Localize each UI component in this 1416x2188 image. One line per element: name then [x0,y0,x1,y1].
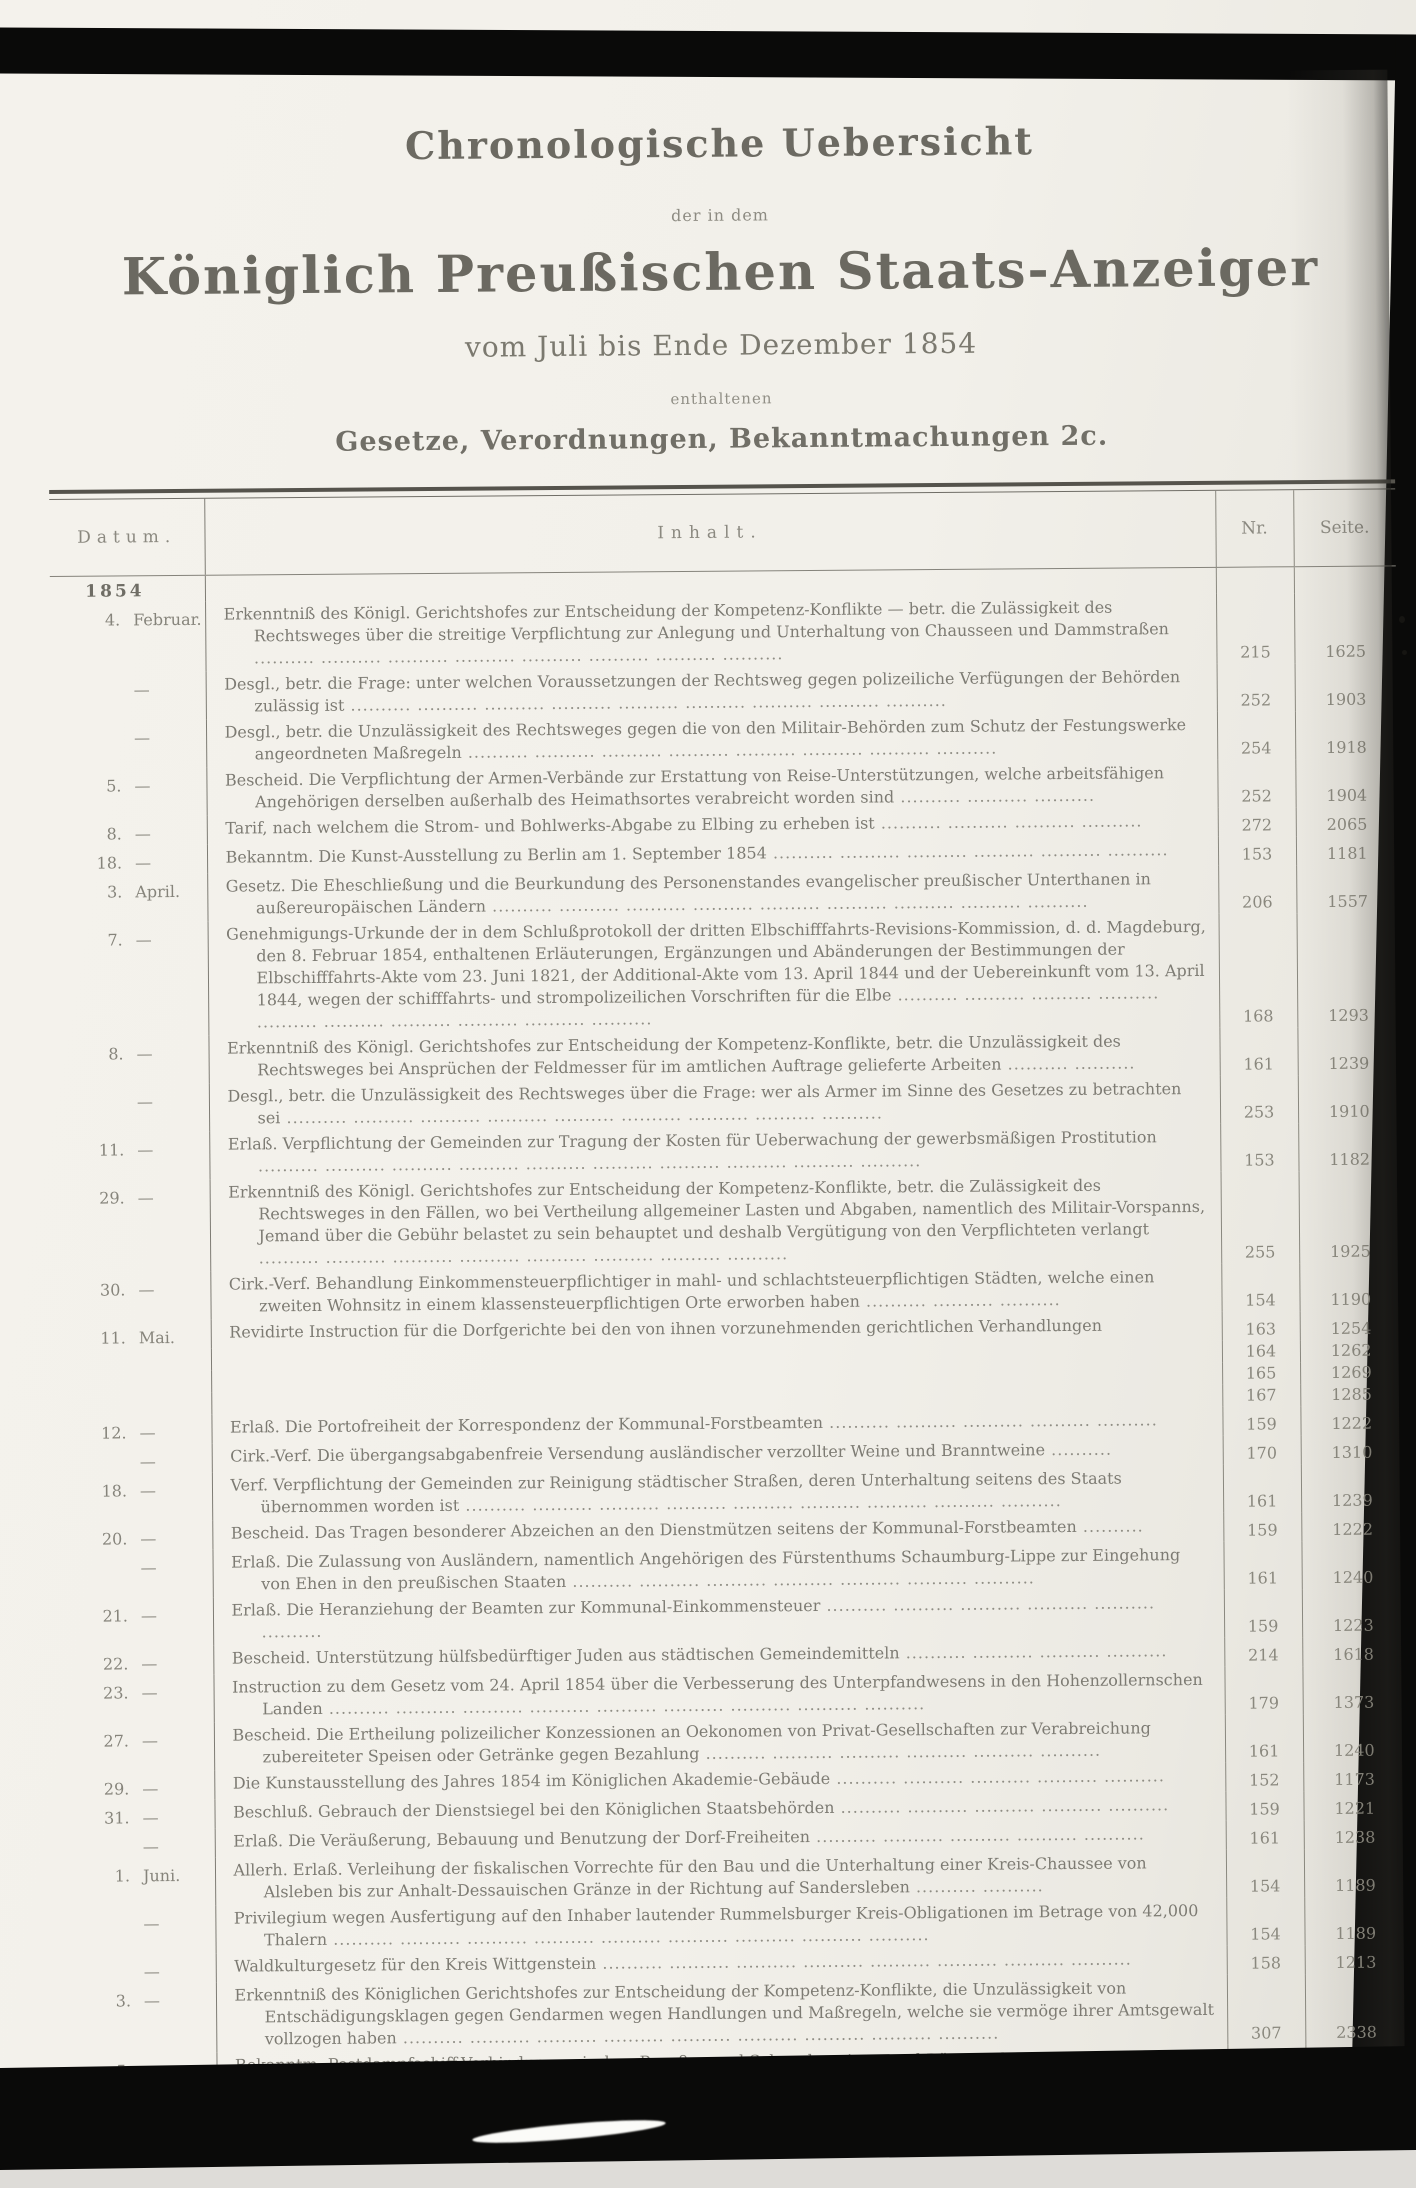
row-text: Tarif, nach welchem die Strom- und Bohlw… [225,814,875,838]
row-text-cell: Bescheid. Die Ertheilung polizeilicher K… [214,1715,1225,1771]
row-day: 4. [76,609,120,631]
row-day [84,1557,128,1579]
row-text-cell: Erlaß. Verpflichtung der Gemeinden zur T… [209,1124,1220,1180]
row-month: — [137,1091,153,1113]
row-nr: 161 [1223,1541,1301,1590]
row-date-cell: — [60,1906,215,1955]
row-text: Bescheid. Das Tragen besonderer Abzeiche… [231,1517,1077,1543]
row-month: Februar. [133,609,202,632]
row-dot-leader: .......... .......... .......... .......… [459,1491,1062,1515]
row-nr: 206 [1218,865,1296,914]
row-text: Erlaß. Die Veräußerung, Bebauung und Ben… [233,1827,810,1851]
ink-speck [1402,650,1407,655]
row-month: — [140,1451,156,1473]
row-date-cell: — [51,672,206,721]
row-day: 29. [81,1187,125,1209]
row-month: — [142,1730,158,1752]
row-month: — [142,1682,158,1704]
row-day: 1. [86,1865,130,1887]
row-text: Erkenntniß des Königl. Gerichtshofes zur… [227,1032,1121,1080]
row-nr: 179 [1224,1666,1302,1715]
row-day: 30. [81,1279,125,1301]
row-nr: 153 [1218,836,1296,866]
row-date-cell: 1854 [50,575,205,603]
row-day: 3. [78,881,122,903]
row-day [83,1451,127,1473]
row-date-cell: 29. — [59,1771,214,1801]
row-day [86,1836,130,1858]
header-inhalt: Inhalt. [204,491,1216,575]
row-nr: 161 [1219,1027,1297,1076]
toc-table: Datum. Inhalt. Nr. Seite. 1854 4. [49,489,1408,2183]
masthead: Chronologische Uebersicht der in dem Kön… [46,115,1395,460]
row-month: — [142,1807,158,1829]
row-nr: 159 [1224,1589,1302,1638]
row-nr: 252 [1217,759,1295,808]
row-dot-leader: .......... .......... .......... [860,1290,1061,1311]
row-month: April. [135,881,180,903]
row-month: — [134,727,150,749]
row-nr: 159 [1222,1406,1300,1436]
row-month: — [141,1557,157,1579]
row-date-cell: 1. Juni. [60,1858,215,1907]
ink-speck [1399,616,1405,623]
row-nr: 161 [1225,1714,1303,1763]
row-date-cell [56,1349,211,1372]
row-month: Juni. [143,1865,180,1887]
row-day [77,679,121,701]
row-dot-leader: .......... .......... .......... .......… [767,840,1169,862]
row-text-cell: Privilegium wegen Ausfertigung auf den I… [215,1898,1226,1954]
row-nr: 159 [1225,1791,1303,1821]
row-day: 7. [79,929,123,951]
row-date-cell: 3. — [61,1983,217,2054]
row-dot-leader: .......... .......... .......... .......… [258,1151,922,1175]
row-text-cell: Desgl., betr. die Unzulässigkeit des Rec… [206,712,1217,768]
row-nr: 214 [1224,1637,1302,1667]
row-date-cell: 31. — [59,1800,214,1830]
publication-title: Königlich Preußischen Staats-Anzeiger [47,237,1393,308]
date-range: vom Juli bis Ende Dezember 1854 [48,323,1394,367]
row-month: — [135,823,151,845]
row-date-cell: 30. — [55,1272,210,1321]
row-dot-leader: .......... .......... .......... [894,786,1095,807]
row-text: Erlaß. Verpflichtung der Gemeinden zur T… [228,1127,1157,1153]
row-nr: 154 [1226,1897,1304,1946]
row-text-cell: Desgl., betr. die Frage: unter welchen V… [206,664,1217,720]
row-date-cell: — [54,1084,209,1133]
row-text-cell: Erlaß. Die Heranziehung der Beamten zur … [213,1590,1224,1646]
row-date-cell: 21. — [58,1598,213,1647]
row-text: Cirk.-Verf. Die übergangsabgabenfreie Ve… [230,1440,1045,1465]
row-month: — [144,1961,160,1983]
row-dot-leader: .......... .......... .......... .......… [397,2024,1000,2048]
row-dot-leader: .......... .......... .......... .......… [486,892,1089,916]
row-nr: 158 [1227,1945,1305,1975]
row-date-cell: 18. — [52,845,207,875]
row-date-cell: — [57,1444,212,1474]
row-dot-leader: .......... [1077,1516,1144,1536]
row-day [86,1913,130,1935]
year-header: 1854 [50,576,180,603]
row-day: 11. [82,1327,126,1349]
row-day: 31. [85,1807,129,1829]
contents-line: Gesetze, Verordnungen, Bekanntmachungen … [49,418,1395,460]
row-date-cell: 8. — [53,1036,208,1085]
row-date-cell: 11. Mai. [56,1320,211,1350]
row-nr: 272 [1218,807,1296,837]
row-nr: 163 [1222,1311,1300,1341]
row-nr: 168 [1219,913,1298,1028]
row-date-cell: 20. — [57,1521,212,1551]
row-dot-leader: .......... .......... .......... .......… [259,1244,789,1267]
row-text: Erlaß. Die Heranziehung der Beamten zur … [231,1596,820,1620]
row-month: — [136,1043,152,1065]
row-date-cell: 22. — [58,1646,213,1676]
row-date-cell: 7. — [53,922,209,1037]
row-nr: 253 [1220,1075,1298,1124]
row-nr: 255 [1221,1171,1300,1264]
row-month: — [143,1913,159,1935]
row-date-cell: 5. — [51,768,206,817]
row-nr: 154 [1226,1849,1304,1898]
table-row: 7. — Genehmigungs-Urkunde der in dem Sch… [53,912,1400,1037]
row-nr: 153 [1220,1123,1298,1172]
row-month: — [135,852,151,874]
row-day [80,1091,124,1113]
row-date-cell: 4. Februar. [50,602,206,673]
row-text-cell: Erkenntniß des Königl. Gerichtshofes zur… [208,1028,1219,1084]
row-month: — [144,1990,160,2012]
row-text: Beschluß. Gebrauch der Dienstsiegel bei … [233,1798,835,1822]
row-text-cell: Allerh. Erlaß. Verleihung der fiskalisch… [215,1850,1226,1906]
header-datum: Datum. [49,499,205,577]
contained-word: enthaltenen [48,384,1394,413]
row-dot-leader: .......... [1045,1440,1112,1460]
row-date-cell [56,1371,211,1394]
row-dot-leader: .......... .......... .......... .......… [900,1641,1168,1662]
row-nr: 161 [1223,1464,1301,1513]
scanner-band-top [0,27,1416,80]
row-text: Die Kunstausstellung des Jahres 1854 im … [233,1769,831,1793]
row-text: Erkenntniß des Königl. Gerichtshofes zur… [224,598,1169,646]
row-day: 18. [83,1480,127,1502]
table-row: 29. — Erkenntniß des Königl. Gerichtshof… [55,1170,1402,1273]
row-nr: 307 [1227,1974,1306,2045]
row-nr [1216,567,1294,594]
page-edge-shadow [1287,70,1404,2061]
page-content: Chronologische Uebersicht der in dem Kön… [46,79,1408,2183]
row-month: Mai. [139,1327,175,1349]
row-date-cell: 11. — [54,1132,209,1181]
row-text-cell: Erlaß. Die Zulassung von Ausländern, nam… [212,1542,1223,1598]
row-day: 8. [79,1043,123,1065]
row-text: Revidirte Instruction für die Dorfgerich… [229,1316,1102,1342]
row-date-cell [56,1393,211,1416]
row-dot-leader: .......... .......... .......... .......… [823,1410,1158,1432]
row-day: 29. [85,1778,129,1800]
row-month: — [134,679,150,701]
title-prefix: der in dem [47,200,1393,230]
row-nr: 165 [1222,1362,1300,1385]
row-dot-leader: .......... .......... .......... .......… [462,739,998,762]
row-text: Bescheid. Unterstützung hülfsbedürftiger… [232,1643,900,1667]
row-nr: 170 [1223,1435,1301,1465]
page-title: Chronologische Uebersicht [46,115,1392,171]
row-day: 12. [82,1422,126,1444]
row-date-cell: 18. — [57,1473,212,1522]
row-month: — [137,1139,153,1161]
toc-rows: 1854 4. Februar. Erkenntniß des Königl. … [50,566,1408,2131]
row-text-cell: Verf. Verpflichtung der Gemeinden zur Re… [212,1465,1223,1521]
row-date-cell: 27. — [59,1723,214,1772]
scanned-document-page: Chronologische Uebersicht der in dem Kön… [0,0,1416,2188]
row-dot-leader: .......... .......... .......... .......… [344,691,947,715]
row-day: 8. [78,823,122,845]
row-text-cell: Erkenntniß des Königl. Gerichtshofes zur… [210,1172,1222,1272]
row-dot-leader: .......... .......... .......... .......… [280,1103,883,1127]
row-day [87,1961,131,1983]
row-day: 22. [84,1653,128,1675]
row-month: — [143,1836,159,1858]
row-day: 3. [87,1990,131,2012]
row-date-cell: — [57,1550,212,1599]
row-text: Erlaß. Die Portofreiheit der Korresponde… [230,1413,823,1437]
row-text-cell: Cirk.-Verf. Behandlung Einkommensteuerpf… [210,1264,1221,1320]
row-month: — [139,1422,155,1444]
row-text: Bekanntm. Die Kunst-Ausstellung zu Berli… [225,843,766,866]
row-text: Erkenntniß des Königl. Gerichtshofes zur… [228,1176,1205,1246]
row-dot-leader: .......... .......... .......... .......… [830,1766,1165,1788]
row-month: — [140,1528,156,1550]
row-text: Waldkulturgesetz für den Kreis Wittgenst… [234,1954,596,1976]
row-date-cell: — [51,720,206,769]
row-date-cell: 12. — [56,1415,211,1445]
row-dot-leader: .......... .......... .......... .......… [699,1741,1101,1763]
row-dot-leader: .......... .......... .......... .......… [810,1824,1145,1846]
row-month: — [141,1605,157,1627]
row-month: — [142,1778,158,1800]
row-date-cell: 8. — [52,816,207,846]
row-text-cell: Genehmigungs-Urkunde der in dem Schlußpr… [208,914,1220,1036]
row-text-cell: Gesetz. Die Eheschließung und die Beurku… [207,866,1218,922]
row-date-cell: 23. — [58,1675,213,1724]
row-day: 23. [85,1682,129,1704]
row-dot-leader: .......... .......... .......... .......… [254,644,784,667]
row-dot-leader: .......... .......... [1001,1053,1135,1073]
table-row: 4. Februar. Erkenntniß des Königl. Geric… [50,592,1397,673]
row-date-cell: — [61,1954,216,1984]
row-month: — [141,1653,157,1675]
row-dot-leader: .......... .......... .......... .......… [875,811,1143,832]
table-row: 3. — Erkenntniß des Königlichen Gerichts… [61,1973,1408,2054]
row-month: — [138,1187,154,1209]
row-text-cell: Desgl., betr. die Unzulässigkeit des Rec… [209,1076,1220,1132]
row-day: 5. [77,775,121,797]
row-nr: 254 [1217,711,1295,760]
table-header-row: Datum. Inhalt. Nr. Seite. [49,489,1396,576]
row-dot-leader: .......... .......... .......... .......… [566,1568,1035,1591]
row-day: 11. [80,1139,124,1161]
row-text-cell: Erkenntniß des Königlichen Gerichtshofes… [216,1975,1228,2053]
row-nr: 154 [1221,1263,1299,1312]
row-day: 20. [83,1528,127,1550]
row-dot-leader: .......... .......... .......... .......… [327,1925,930,1949]
row-nr: 164 [1222,1340,1300,1363]
row-month: — [140,1480,156,1502]
row-day: 21. [84,1605,128,1627]
row-day [77,727,121,749]
row-dot-leader: .......... .......... .......... .......… [834,1795,1169,1817]
row-month: — [134,775,150,797]
header-nr: Nr. [1215,490,1294,567]
row-dot-leader: .......... .......... .......... .......… [596,1950,1132,1973]
row-dot-leader: .......... .......... .......... .......… [323,1694,926,1718]
row-nr: 152 [1225,1762,1303,1792]
row-date-cell: 29. — [55,1180,211,1273]
row-day: 27. [85,1730,129,1752]
row-date-cell: 3. April. [52,874,207,923]
row-month: — [138,1279,154,1301]
row-nr: 215 [1216,593,1295,664]
row-day: 18. [78,852,122,874]
row-nr: 252 [1217,663,1295,712]
row-text-cell: Instruction zu dem Gesetz vom 24. April … [213,1667,1224,1723]
row-date-cell: — [60,1829,215,1859]
row-nr: 161 [1226,1820,1304,1850]
row-dot-leader: .......... .......... [910,1876,1044,1896]
row-text-cell: Bescheid. Die Verpflichtung der Armen-Ve… [206,760,1217,816]
row-nr: 159 [1223,1512,1301,1542]
row-month: — [136,929,152,951]
row-nr: 167 [1222,1384,1300,1407]
row-text-cell: Erkenntniß des Königl. Gerichtshofes zur… [205,594,1217,672]
